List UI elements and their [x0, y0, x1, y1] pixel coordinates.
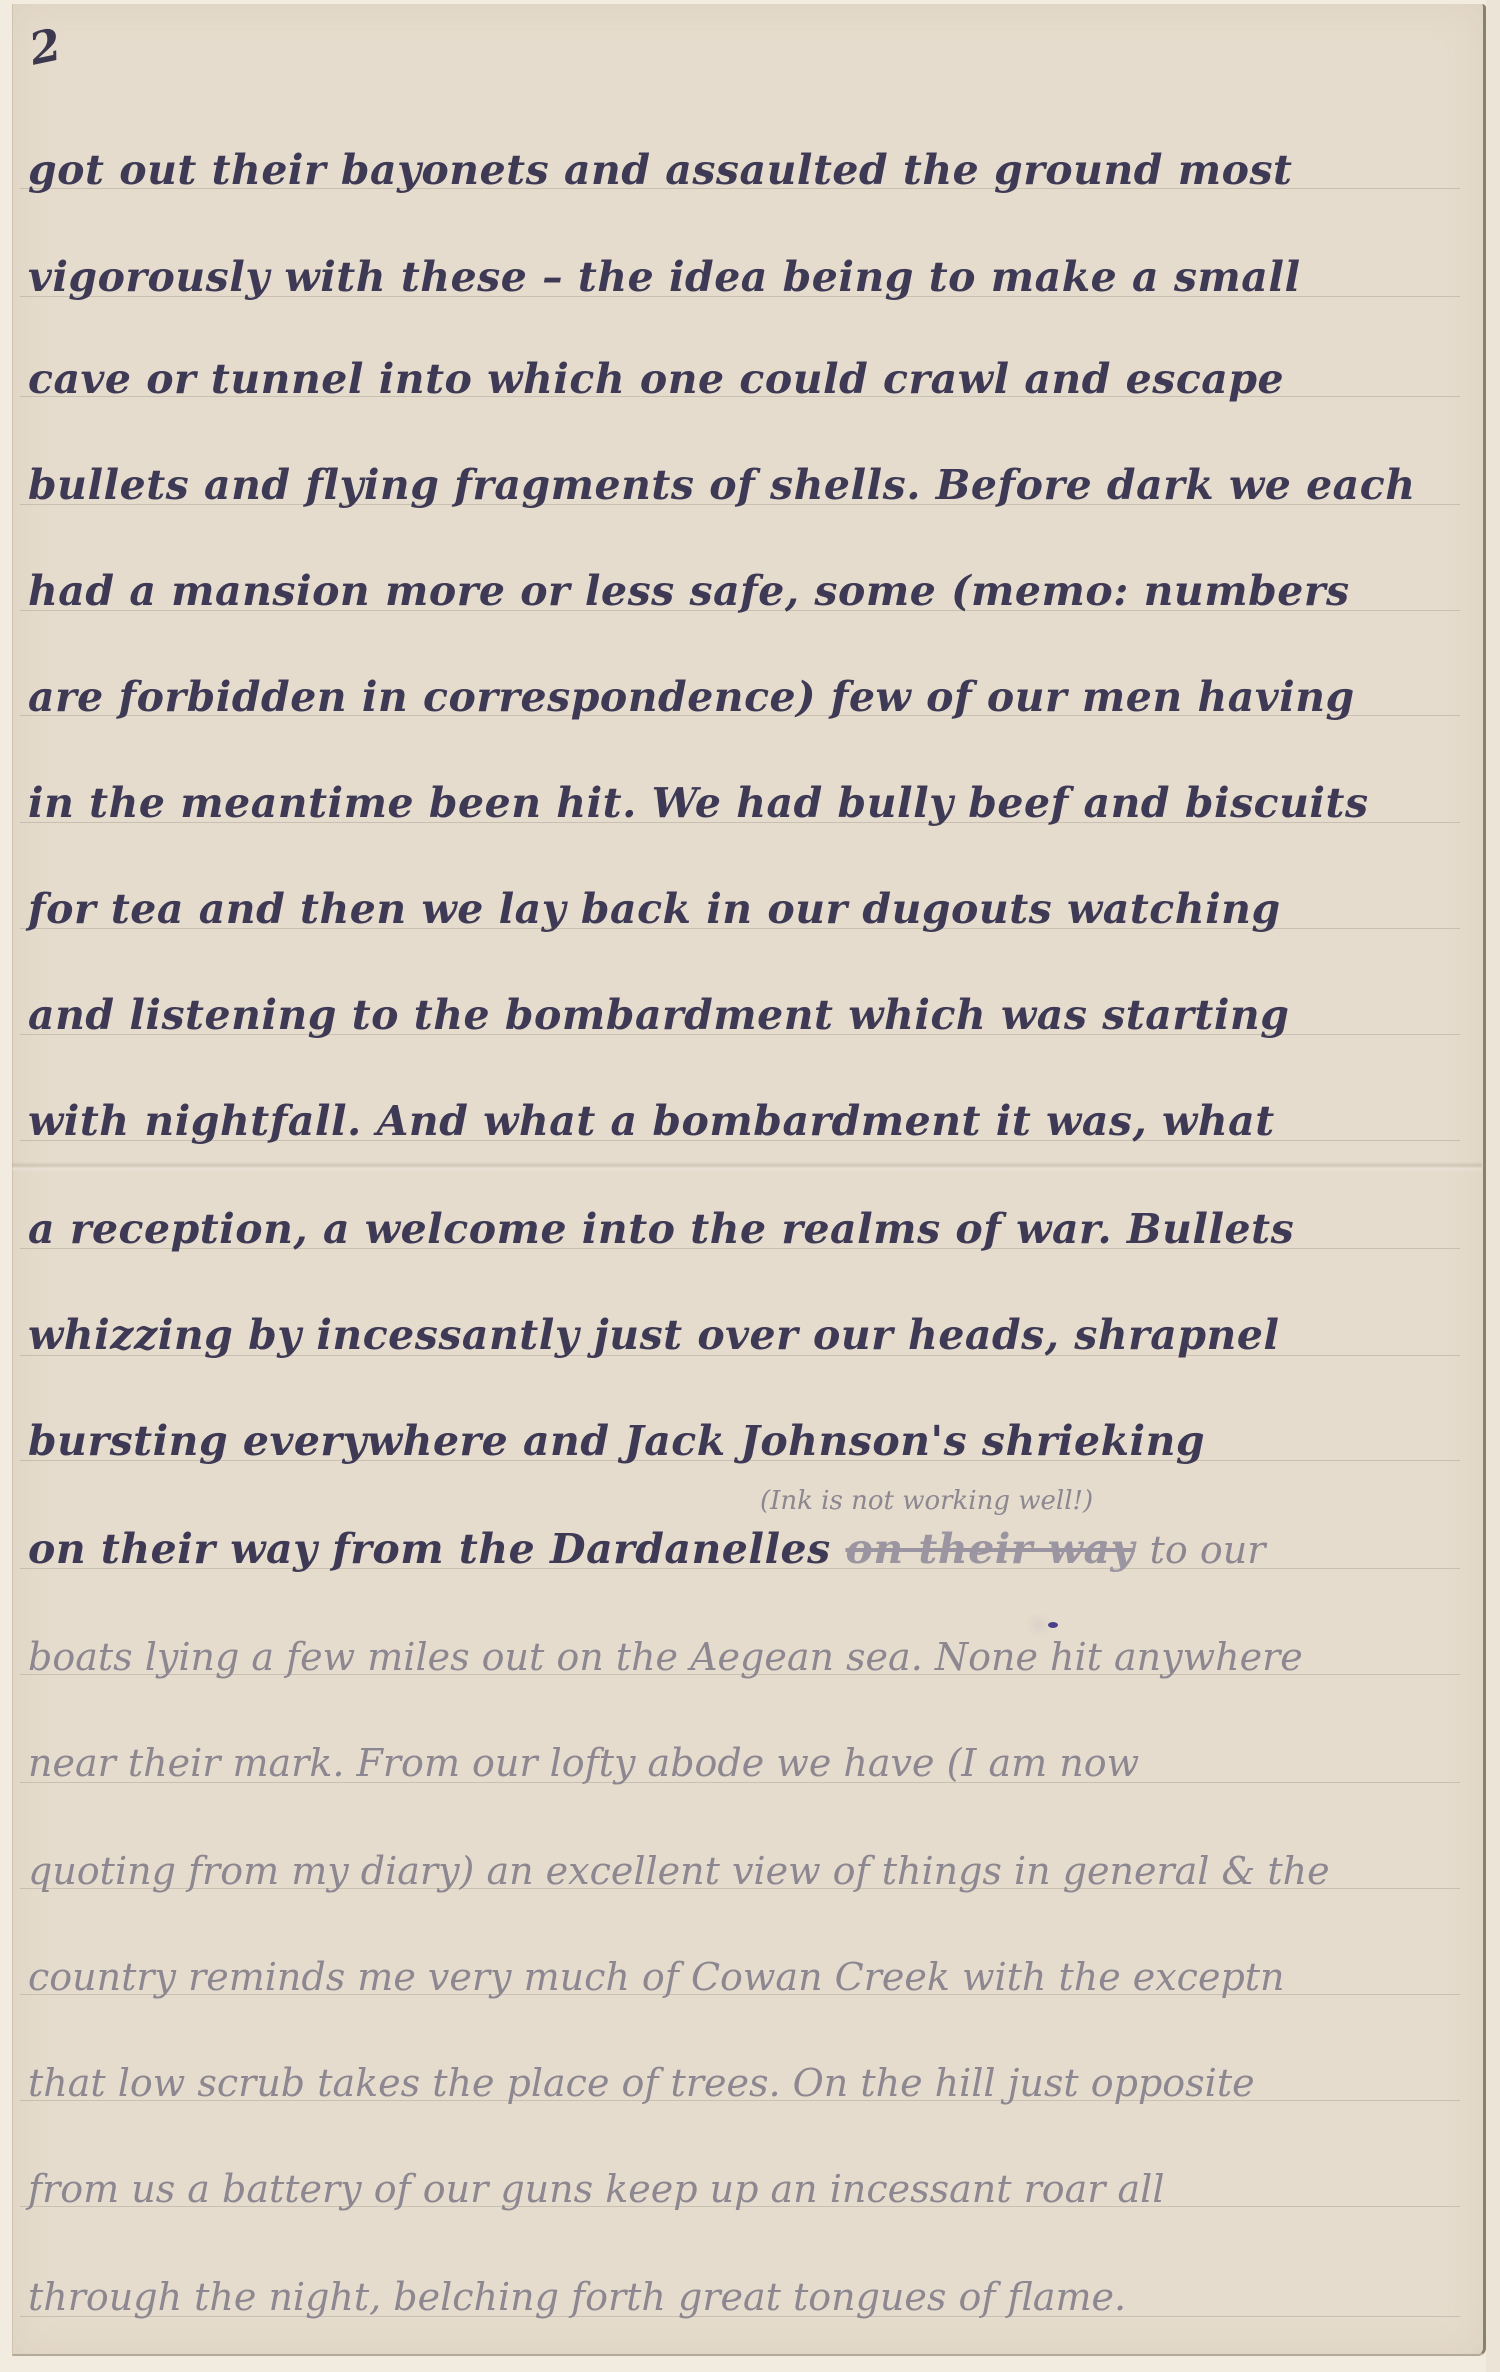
page-edge — [1486, 0, 1500, 2372]
text-line: in the meantime been hit. We had bully b… — [28, 778, 1468, 828]
text-line: cave or tunnel into which one could craw… — [28, 354, 1468, 404]
text-line: a reception, a welcome into the realms o… — [28, 1204, 1468, 1254]
text-line: with nightfall. And what a bombardment i… — [28, 1096, 1468, 1146]
text-line: and listening to the bombardment which w… — [28, 990, 1468, 1040]
text-line: country reminds me very much of Cowan Cr… — [28, 1952, 1468, 2002]
text-line: bullets and flying fragments of shells. … — [28, 460, 1468, 510]
text-line: boats lying a few miles out on the Aegea… — [28, 1632, 1468, 1682]
text-line: through the night, belching forth great … — [28, 2272, 1468, 2322]
paper-fold — [12, 1162, 1482, 1172]
text-line-strikethrough: on their way from the Dardanelles on the… — [28, 1524, 1468, 1575]
text-line: from us a battery of our guns keep up an… — [28, 2164, 1468, 2214]
text-line: are forbidden in correspondence) few of … — [28, 672, 1468, 722]
margin-annotation: (Ink is not working well!) — [760, 1486, 1093, 1516]
text-line: quoting from my diary) an excellent view… — [28, 1846, 1468, 1896]
text-line: near their mark. From our lofty abode we… — [28, 1738, 1468, 1788]
text-segment: on their way from the Dardanelles — [28, 1525, 831, 1573]
ink-blot — [1048, 1622, 1058, 1628]
text-line: had a mansion more or less safe, some (m… — [28, 566, 1468, 616]
text-line: got out their bayonets and assaulted the… — [28, 145, 1468, 195]
text-line: bursting everywhere and Jack Johnson's s… — [28, 1416, 1468, 1466]
text-segment: to our — [1150, 1528, 1266, 1572]
struck-text: on their way — [845, 1525, 1134, 1573]
text-line: for tea and then we lay back in our dugo… — [28, 884, 1468, 934]
text-line: that low scrub takes the place of trees.… — [28, 2058, 1468, 2108]
text-line: whizzing by incessantly just over our he… — [28, 1310, 1468, 1360]
text-line: vigorously with these – the idea being t… — [28, 252, 1468, 302]
